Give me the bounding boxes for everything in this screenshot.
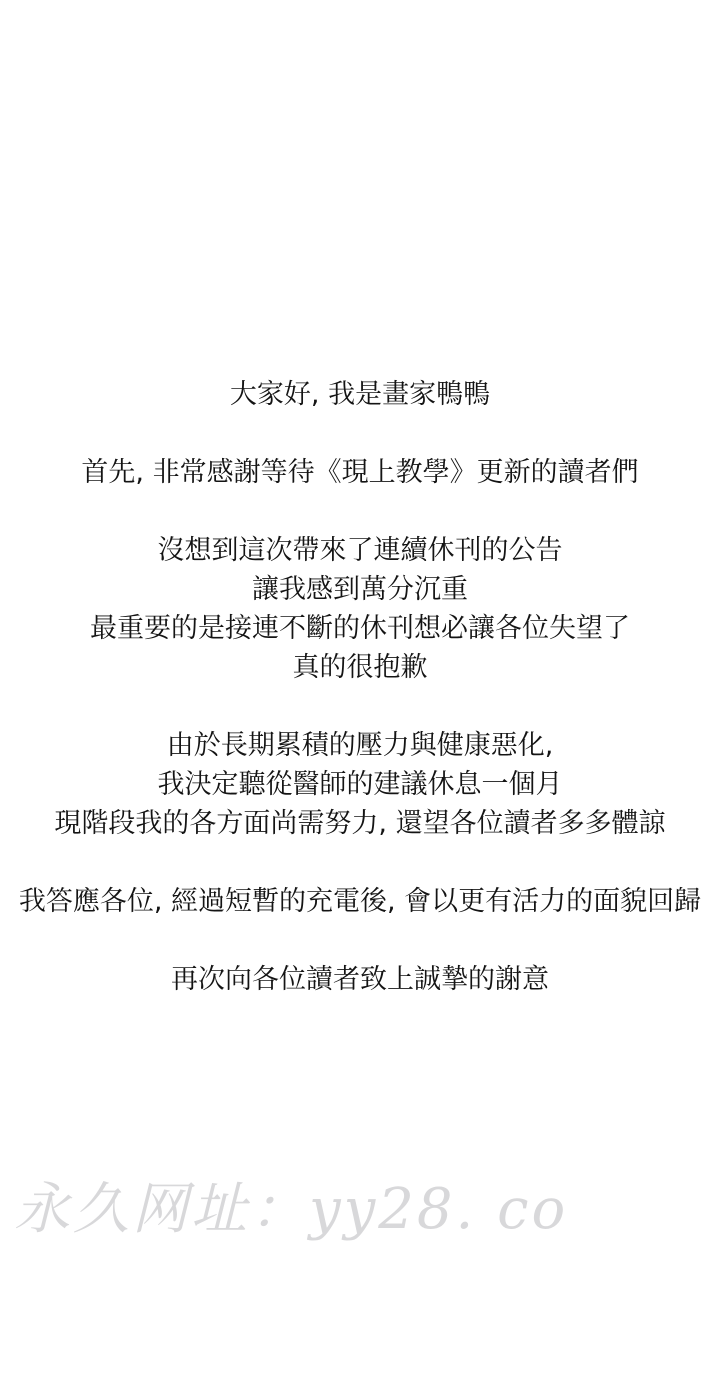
- text-line: 首先, 非常感謝等待《現上教學》更新的讀者們: [0, 453, 720, 492]
- text-line: 我決定聽從醫師的建議休息一個月: [0, 765, 720, 804]
- text-line: 真的很抱歉: [0, 648, 720, 687]
- paragraph: 由於長期累積的壓力與健康惡化,我決定聽從醫師的建議休息一個月現階段我的各方面尚需…: [0, 726, 720, 843]
- watermark-url: 永久网址：yy28. co: [14, 1178, 568, 1242]
- text-line: 再次向各位讀者致上誠摯的謝意: [0, 960, 720, 999]
- paragraph: 大家好, 我是畫家鴨鴨: [0, 375, 720, 414]
- paragraph: 首先, 非常感謝等待《現上教學》更新的讀者們: [0, 453, 720, 492]
- announcement-page: 大家好, 我是畫家鴨鴨首先, 非常感謝等待《現上教學》更新的讀者們沒想到這次帶來…: [0, 0, 720, 1400]
- text-line: 沒想到這次帶來了連續休刊的公告: [0, 531, 720, 570]
- paragraph: 我答應各位, 經過短暫的充電後, 會以更有活力的面貌回歸: [0, 882, 720, 921]
- paragraph: 沒想到這次帶來了連續休刊的公告讓我感到萬分沉重最重要的是接連不斷的休刊想必讓各位…: [0, 531, 720, 687]
- text-line: 我答應各位, 經過短暫的充電後, 會以更有活力的面貌回歸: [0, 882, 720, 921]
- text-line: 大家好, 我是畫家鴨鴨: [0, 375, 720, 414]
- paragraph: 再次向各位讀者致上誠摯的謝意: [0, 960, 720, 999]
- text-line: 最重要的是接連不斷的休刊想必讓各位失望了: [0, 609, 720, 648]
- text-line: 由於長期累積的壓力與健康惡化,: [0, 726, 720, 765]
- text-line: 現階段我的各方面尚需努力, 還望各位讀者多多體諒: [0, 804, 720, 843]
- text-line: 讓我感到萬分沉重: [0, 570, 720, 609]
- announcement-text-block: 大家好, 我是畫家鴨鴨首先, 非常感謝等待《現上教學》更新的讀者們沒想到這次帶來…: [0, 375, 720, 999]
